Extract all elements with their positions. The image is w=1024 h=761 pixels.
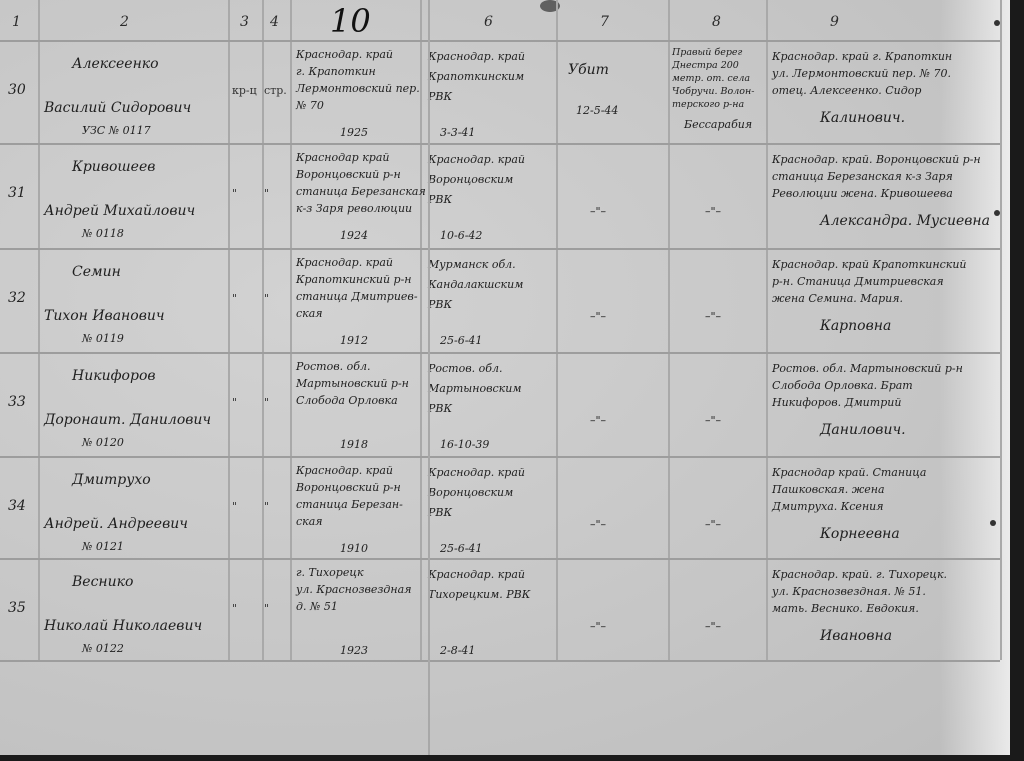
draft-office: РВК <box>428 191 452 208</box>
relatives-address: Краснодар. край г. Крапоткин <box>772 48 952 65</box>
column-3-value: " <box>232 602 237 615</box>
relatives-address: отец. Алексеенко. Сидор <box>772 82 921 99</box>
draft-office: Краснодар. край <box>428 566 525 583</box>
row-rule <box>0 352 1000 354</box>
corner-page-mark: 10 <box>330 2 371 40</box>
draft-date: 10-6-42 <box>440 227 482 244</box>
relatives-address: мать. Веснико. Евдокия. <box>772 600 919 617</box>
burial-place: терского р-на <box>672 98 744 111</box>
column-4-value: " <box>264 396 269 409</box>
birth-place: Воронцовский р-н <box>296 166 401 183</box>
column-rule <box>556 0 558 660</box>
relatives-address: Никифоров. Дмитрий <box>772 394 901 411</box>
punch-hole <box>994 20 1000 26</box>
draft-office: РВК <box>428 88 452 105</box>
relatives-address: ул. Лермонтовский пер. № 70. <box>772 65 951 82</box>
birth-place: Слобода Орловка <box>296 392 398 409</box>
row-rule <box>0 143 1000 145</box>
record-number: № 0119 <box>82 330 124 347</box>
birth-place: к-з Заря революции <box>296 200 412 217</box>
draft-office: Ростов. обл. <box>428 360 502 377</box>
surname: Семин <box>72 264 121 281</box>
column-number: 9 <box>830 14 839 30</box>
record-number: УЗС № 0117 <box>82 122 151 139</box>
relatives-address: р-н. Станица Дмитриевская <box>772 273 944 290</box>
column-rule <box>766 0 768 660</box>
relative-name: Корнеевна <box>820 526 900 543</box>
birth-place: Краснодар. край <box>296 254 393 271</box>
given-name-patronymic: Андрей Михайлович <box>44 203 195 220</box>
burial-place: –"– <box>705 618 721 635</box>
burial-place: Чобручи. Волон- <box>672 85 754 98</box>
status: –"– <box>590 516 606 533</box>
burial-place: метр. от. села <box>672 72 750 85</box>
record-number: № 0118 <box>82 225 124 242</box>
column-rule <box>38 0 40 660</box>
column-number: 1 <box>12 14 21 30</box>
birth-place: Краснодар. край <box>296 46 393 63</box>
relatives-address: ул. Краснозвездная. № 51. <box>772 583 926 600</box>
draft-office: Крапоткинским <box>428 68 524 85</box>
birth-place: № 70 <box>296 97 324 114</box>
column-4-value: " <box>264 602 269 615</box>
column-number: 4 <box>270 14 279 30</box>
draft-office: Мартыновским <box>428 380 521 397</box>
column-rule <box>262 0 264 660</box>
burial-place: –"– <box>705 412 721 429</box>
draft-office: РВК <box>428 400 452 417</box>
burial-place: Правый берег <box>672 46 742 59</box>
status: –"– <box>590 618 606 635</box>
column-4-value: " <box>264 292 269 305</box>
row-number: 32 <box>8 290 26 306</box>
birth-place: ул. Краснозвездная <box>296 581 412 598</box>
burial-place: Днестра 200 <box>672 59 739 72</box>
column-3-value: " <box>232 396 237 409</box>
birth-place: Краснодар край <box>296 149 389 166</box>
birth-year: 1924 <box>340 227 368 244</box>
birth-place: Краснодар. край <box>296 462 393 479</box>
column-4-value: стр. <box>264 84 287 97</box>
row-rule <box>0 456 1000 458</box>
birth-place: Крапоткинский р-н <box>296 271 412 288</box>
given-name-patronymic: Василий Сидорович <box>44 100 191 117</box>
relative-name: Карповна <box>820 318 891 335</box>
draft-date: 3-3-41 <box>440 124 475 141</box>
page-fold <box>428 0 430 755</box>
birth-year: 1912 <box>340 332 368 349</box>
burial-place: –"– <box>705 203 721 220</box>
birth-place: Воронцовский р-н <box>296 479 401 496</box>
row-number: 34 <box>8 498 26 514</box>
column-rule <box>420 0 422 660</box>
draft-office: РВК <box>428 504 452 521</box>
relatives-address: Краснодар. край. Воронцовский р-н <box>772 151 981 168</box>
draft-office: Краснодар. край <box>428 464 525 481</box>
relatives-address: Пашковская. жена <box>772 481 885 498</box>
status: –"– <box>590 308 606 325</box>
draft-office: Тихорецким. РВК <box>428 586 530 603</box>
draft-date: 2-8-41 <box>440 642 475 659</box>
relatives-address: жена Семина. Мария. <box>772 290 903 307</box>
relatives-address: Краснодар край. Станица <box>772 464 926 481</box>
relative-name: Александра. Мусиевна <box>820 213 990 230</box>
surname: Алексеенко <box>72 56 159 73</box>
column-number: 2 <box>120 14 129 30</box>
column-number: 8 <box>712 14 721 30</box>
birth-place: Мартыновский р-н <box>296 375 409 392</box>
record-number: № 0121 <box>82 538 124 555</box>
column-4-value: " <box>264 500 269 513</box>
row-number: 35 <box>8 600 26 616</box>
column-number: 3 <box>240 14 249 30</box>
birth-year: 1910 <box>340 540 368 557</box>
relatives-address: Слобода Орловка. Брат <box>772 377 913 394</box>
column-number: 7 <box>600 14 609 30</box>
record-number: № 0122 <box>82 640 124 657</box>
column-number: 6 <box>484 14 493 30</box>
surname: Никифоров <box>72 368 156 385</box>
draft-office: Мурманск обл. <box>428 256 516 273</box>
birth-year: 1923 <box>340 642 368 659</box>
birth-place: ская <box>296 513 323 530</box>
punch-hole <box>990 520 996 526</box>
relative-name: Калинович. <box>820 110 905 127</box>
status: –"– <box>590 203 606 220</box>
column-4-value: " <box>264 187 269 200</box>
draft-office: Краснодар. край <box>428 48 525 65</box>
draft-office: РВК <box>428 296 452 313</box>
relatives-address: станица Березанская к-з Заря <box>772 168 953 185</box>
burial-place: Бессарабия <box>684 116 752 133</box>
row-rule <box>0 40 1000 42</box>
birth-place: Ростов. обл. <box>296 358 370 375</box>
birth-place: д. № 51 <box>296 598 338 615</box>
birth-year: 1925 <box>340 124 368 141</box>
status: –"– <box>590 412 606 429</box>
draft-office: Воронцовским <box>428 484 513 501</box>
draft-date: 25-6-41 <box>440 540 482 557</box>
surname: Кривошеев <box>72 159 155 176</box>
relative-name: Ивановна <box>820 628 892 645</box>
column-rule <box>290 0 292 660</box>
status: Убит <box>568 62 609 79</box>
surname: Дмитрухо <box>72 472 151 489</box>
column-rule <box>668 0 670 660</box>
birth-year: 1918 <box>340 436 368 453</box>
draft-office: Краснодар. край <box>428 151 525 168</box>
row-rule <box>0 558 1000 560</box>
given-name-patronymic: Тихон Иванович <box>44 308 165 325</box>
birth-place: станица Березан- <box>296 496 403 513</box>
relatives-address: Революции жена. Кривошеева <box>772 185 953 202</box>
row-number: 33 <box>8 394 26 410</box>
column-3-value: " <box>232 500 237 513</box>
relative-name: Данилович. <box>820 422 906 439</box>
surname: Веснико <box>72 574 133 591</box>
relatives-address: Краснодар. край Крапоткинский <box>772 256 967 273</box>
column-rule <box>1000 0 1002 660</box>
relatives-address: Краснодар. край. г. Тихорецк. <box>772 566 947 583</box>
birth-place: ская <box>296 305 323 322</box>
status-date: 12-5-44 <box>576 102 618 119</box>
register-page: 10 12346789 30АлексеенкоВасилий Сидорови… <box>0 0 1010 755</box>
column-rule <box>228 0 230 660</box>
birth-place: станица Дмитриев- <box>296 288 418 305</box>
column-3-value: " <box>232 187 237 200</box>
burial-place: –"– <box>705 516 721 533</box>
given-name-patronymic: Андрей. Андреевич <box>44 516 188 533</box>
row-rule <box>0 248 1000 250</box>
punch-hole <box>994 210 1000 216</box>
birth-place: г. Крапоткин <box>296 63 376 80</box>
draft-office: Воронцовским <box>428 171 513 188</box>
row-number: 31 <box>8 185 26 201</box>
relatives-address: Дмитруха. Ксения <box>772 498 884 515</box>
birth-place: станица Березанская <box>296 183 426 200</box>
given-name-patronymic: Николай Николаевич <box>44 618 202 635</box>
column-3-value: " <box>232 292 237 305</box>
row-number: 30 <box>8 82 26 98</box>
row-rule <box>0 660 1000 662</box>
draft-date: 16-10-39 <box>440 436 489 453</box>
column-3-value: кр-ц <box>232 84 257 97</box>
record-number: № 0120 <box>82 434 124 451</box>
draft-date: 25-6-41 <box>440 332 482 349</box>
given-name-patronymic: Доронаит. Данилович <box>44 412 211 429</box>
birth-place: Лермонтовский пер. <box>296 80 420 97</box>
draft-office: Кандалакшским <box>428 276 523 293</box>
birth-place: г. Тихорецк <box>296 564 364 581</box>
relatives-address: Ростов. обл. Мартыновский р-н <box>772 360 963 377</box>
burial-place: –"– <box>705 308 721 325</box>
